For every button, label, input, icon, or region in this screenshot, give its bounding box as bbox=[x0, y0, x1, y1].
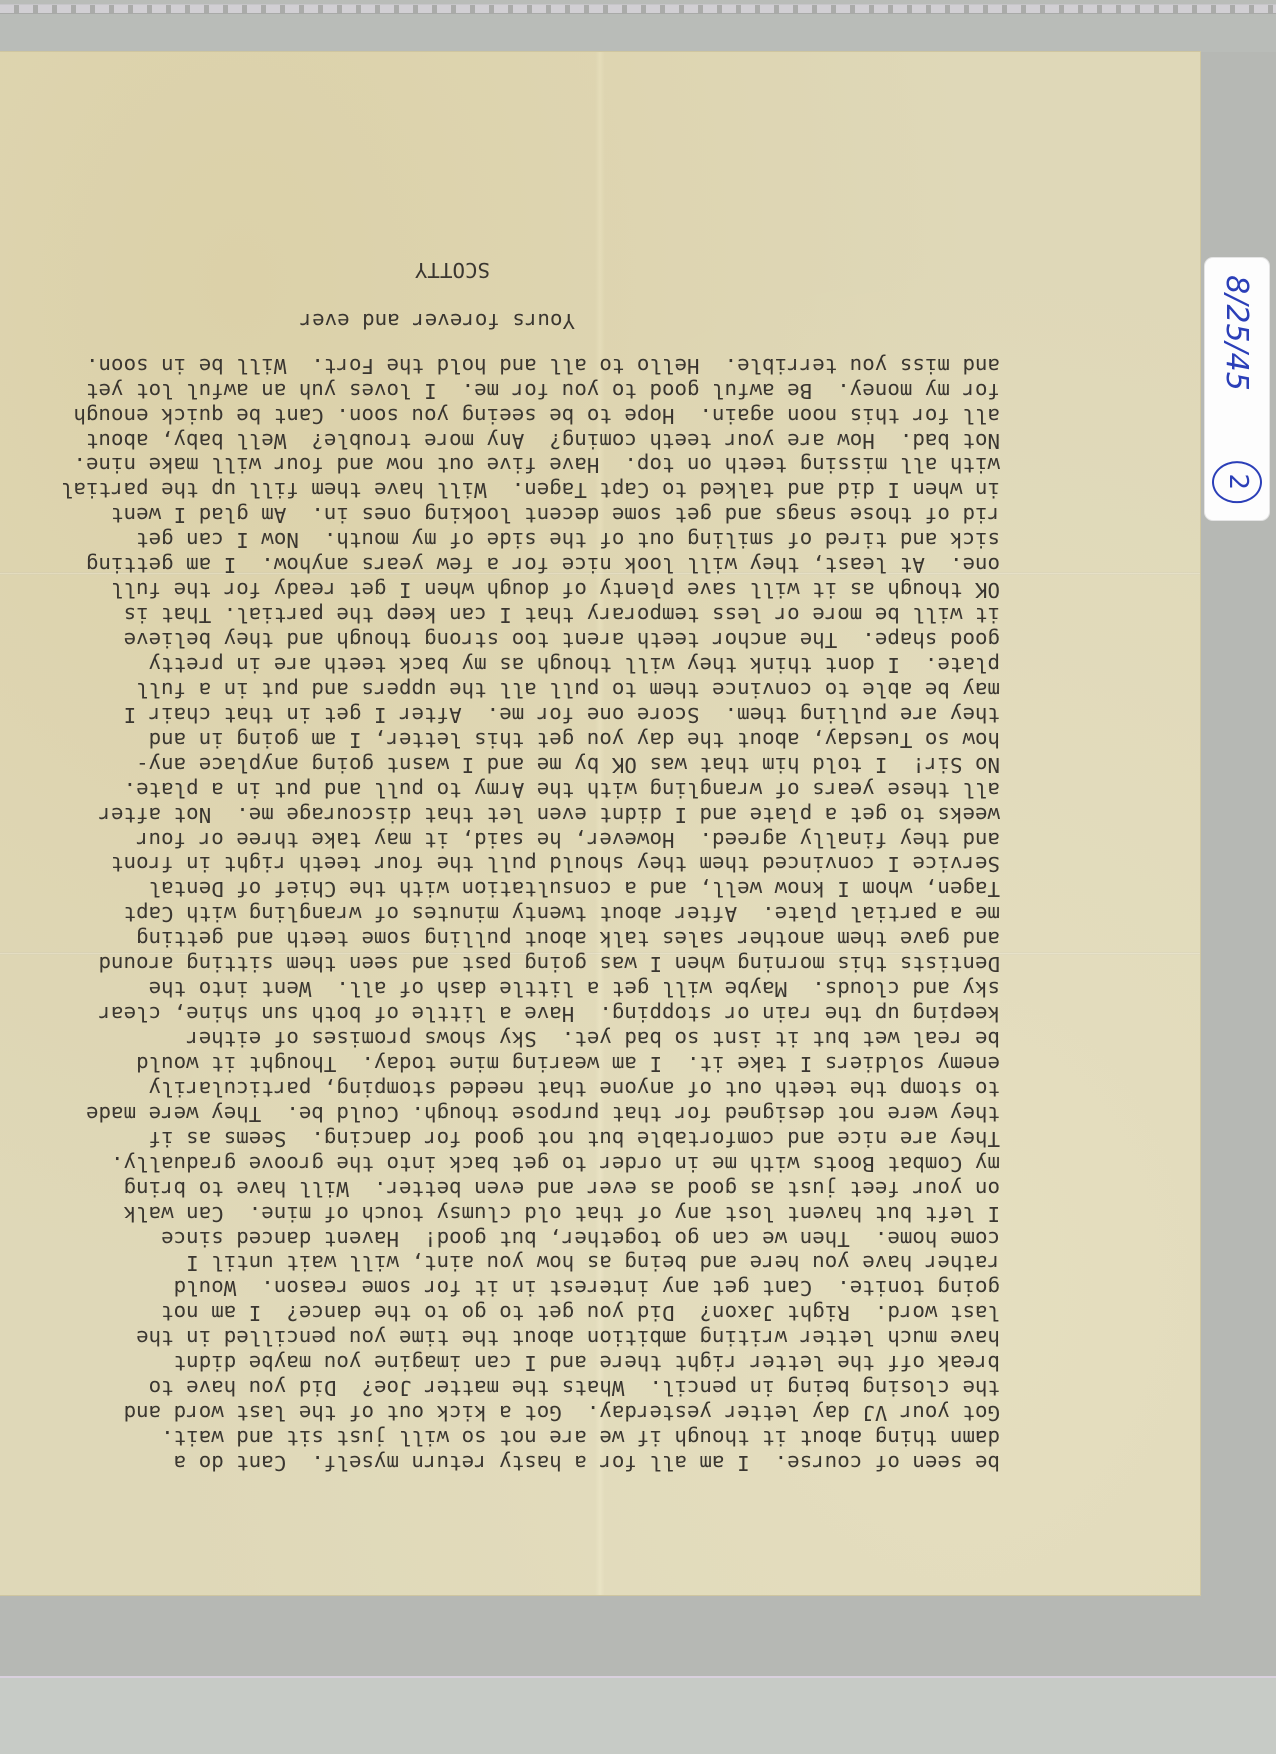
letter-line: Not bad. How are your teeth coming? Any … bbox=[40, 428, 1000, 453]
letter-line: Dentists this morning when I was going p… bbox=[40, 951, 1000, 976]
letter-line: last word. Right Jaxon? Did you get to g… bbox=[40, 1300, 1000, 1325]
letter-line: keeping up the rain or stopping. Have a … bbox=[40, 1001, 1000, 1026]
letter-line: Tagen, whom I know well, and a consultat… bbox=[40, 877, 1000, 902]
archive-label-text: 8/25/45 2 bbox=[1212, 275, 1262, 503]
letter-line: and they finally agreed. However, he sai… bbox=[40, 827, 1000, 852]
letter-line: to stomp the teeth out of anyone that ne… bbox=[40, 1076, 1000, 1101]
letter-line: damn thing about it though if we are not… bbox=[40, 1425, 1000, 1450]
letter-line: sick and tired of smiling out of the sid… bbox=[40, 527, 1000, 552]
letter-body: be seen of course. I am all for a hasty … bbox=[40, 353, 1000, 1475]
letter-line: for my money. Be awful good to you for m… bbox=[40, 378, 1000, 403]
letter-line: plate. I dont think they will though as … bbox=[40, 652, 1000, 677]
letter-line: sky and clouds. Maybe will get a little … bbox=[40, 976, 1000, 1001]
letter-closing: Yours forever and ever bbox=[300, 309, 575, 333]
letter-line: rather have you here and being as how yo… bbox=[40, 1251, 1000, 1276]
letter-line: and gave them another sales talk about p… bbox=[40, 926, 1000, 951]
letter-line: weeks to get a plate and I didnt even le… bbox=[40, 802, 1000, 827]
letter-signature: SCOTTY bbox=[415, 258, 490, 282]
archive-label: 8/25/45 2 bbox=[1205, 258, 1269, 520]
letter-line: all for this noon again. Hope to be seei… bbox=[40, 403, 1000, 428]
letter-page: be seen of course. I am all for a hasty … bbox=[0, 52, 1200, 1595]
letter-line: Service I convinced them they should pul… bbox=[40, 852, 1000, 877]
letter-line: They are nice and comfortable but not go… bbox=[40, 1126, 1000, 1151]
letter-line: be real wet but it isnt so bad yet. Sky … bbox=[40, 1026, 1000, 1051]
letter-line: may be able to convince them to pull all… bbox=[40, 677, 1000, 702]
letter-line: going tonite. Cant get any interest in i… bbox=[40, 1276, 1000, 1301]
letter-line: all these years of wrangling with the Ar… bbox=[40, 777, 1000, 802]
archive-date: 8/25/45 bbox=[1220, 275, 1255, 391]
letter-line: me a partial plate. After about twenty m… bbox=[40, 901, 1000, 926]
letter-line: be seen of course. I am all for a hasty … bbox=[40, 1450, 1000, 1475]
letter-line: it will be more or less temporary that I… bbox=[40, 602, 1000, 627]
letter-line: they were not designed for that purpose … bbox=[40, 1101, 1000, 1126]
page-number-badge: 2 bbox=[1212, 461, 1262, 503]
letter-line: one. At least, they will look nice for a… bbox=[40, 552, 1000, 577]
letter-line: have much letter writing ambition about … bbox=[40, 1325, 1000, 1350]
letter-line: I left but havent lost any of that old c… bbox=[40, 1201, 1000, 1226]
scanner-sleeve-top bbox=[0, 0, 1276, 52]
letter-line: and miss you terrible. Hello to all and … bbox=[40, 353, 1000, 378]
letter-line: No Sir! I told him that was OK by me and… bbox=[40, 752, 1000, 777]
scanner-bed-strip bbox=[0, 1676, 1276, 1754]
letter-line: in when I did and talked to Capt Tagen. … bbox=[40, 478, 1000, 503]
letter-line: good shape. The anchor teeth arent too s… bbox=[40, 627, 1000, 652]
letter-line: the closing being in pencil. Whats the m… bbox=[40, 1375, 1000, 1400]
letter-line: OK though as it will save plenty of doug… bbox=[40, 577, 1000, 602]
sleeve-perforation bbox=[0, 4, 1276, 14]
letter-line: come home. Then we can go together, but … bbox=[40, 1226, 1000, 1251]
letter-line: break off the letter right there and I c… bbox=[40, 1350, 1000, 1375]
letter-line: rid of those snags and get some decent l… bbox=[40, 502, 1000, 527]
letter-line: how so Tuesday, about the day you get th… bbox=[40, 727, 1000, 752]
letter-line: enemy soldiers I take it. I am wearing m… bbox=[40, 1051, 1000, 1076]
letter-line: with all missing teeth on top. Have five… bbox=[40, 453, 1000, 478]
letter-line: on your feet just as good as ever and ev… bbox=[40, 1176, 1000, 1201]
letter-line: Got your VJ day letter yesterday. Got a … bbox=[40, 1400, 1000, 1425]
letter-line: my Combat Boots with me in order to get … bbox=[40, 1151, 1000, 1176]
letter-line: they are pulling them. Score one for me.… bbox=[40, 702, 1000, 727]
